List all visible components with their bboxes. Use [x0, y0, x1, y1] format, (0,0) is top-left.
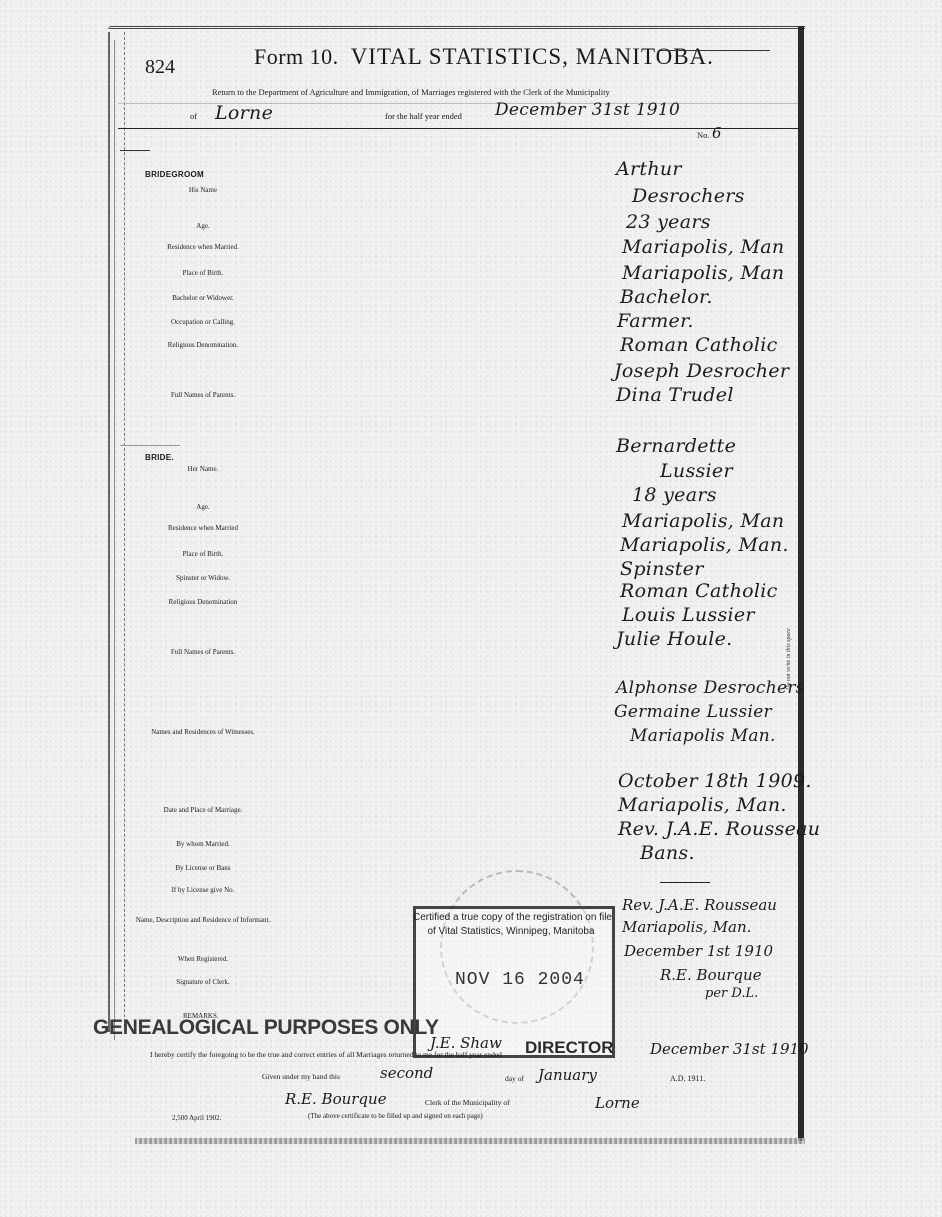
margin-tick	[120, 150, 150, 151]
witness-residence: Mariapolis Man.	[630, 726, 776, 746]
bride-heading: BRIDE.	[145, 453, 174, 462]
clerk-per: per D.L.	[705, 986, 758, 1001]
license-no-label: If by License give No.	[128, 886, 278, 894]
bride-religion-label: Religious Denomination	[128, 598, 278, 606]
bride-status-label: Spinster or Widow.	[128, 574, 278, 582]
certify-date: December 31st 1910	[650, 1040, 809, 1058]
groom-mother: Dina Trudel	[616, 384, 734, 406]
bridegroom-heading: BRIDEGROOM	[145, 170, 204, 179]
municipality-value: Lorne	[215, 102, 273, 124]
return-line: Return to the Department of Agriculture …	[212, 87, 610, 97]
section-divider	[120, 445, 180, 446]
no-label: No.	[697, 130, 710, 140]
bride-mother: Julie Houle.	[616, 628, 733, 650]
clerk-label: Signature of Clerk.	[128, 978, 278, 986]
bride-residence-label: Residence when Married	[128, 524, 278, 532]
border-left-inner	[114, 40, 115, 1040]
groom-residence-label: Residence when Married.	[128, 243, 278, 251]
bride-residence: Mariapolis, Man	[622, 510, 784, 532]
bride-religion: Roman Catholic	[620, 580, 778, 602]
groom-occupation: Farmer.	[617, 310, 694, 332]
by-whom-label: By whom Married.	[128, 840, 278, 848]
groom-first-name: Arthur	[616, 158, 682, 180]
witness-1: Alphonse Desrochers	[616, 678, 805, 698]
print-info: 2,500 April 1902.	[172, 1114, 221, 1122]
bride-parents-label: Full Names of Parents.	[128, 648, 278, 656]
margin-note: Do not write in this space	[786, 628, 792, 690]
serial-number: 824	[145, 56, 175, 79]
witnesses-label: Names and Residences of Witnesses.	[128, 728, 278, 736]
groom-age-label: Age.	[128, 222, 278, 230]
informant-name: Rev. J.A.E. Rousseau	[622, 896, 777, 914]
groom-parents-label: Full Names of Parents.	[128, 391, 278, 399]
header-rule-2	[118, 128, 798, 129]
form-title: Form 10. VITAL STATISTICS, MANITOBA.	[254, 44, 714, 70]
groom-age: 23 years	[626, 211, 711, 233]
clerk-of-label: Clerk of the Municipality of	[425, 1098, 510, 1107]
half-year-label: for the half year ended	[385, 111, 462, 121]
informant-label: Name, Description and Residence of Infor…	[128, 916, 278, 924]
groom-religion-label: Religious Denomination.	[128, 341, 278, 349]
date-place-label: Date and Place of Marriage.	[128, 806, 278, 814]
half-year-date: December 31st 1910	[495, 100, 680, 120]
groom-birthplace: Mariapolis, Man	[622, 262, 784, 284]
ad-year: A.D. 1911.	[670, 1074, 705, 1083]
groom-residence: Mariapolis, Man	[622, 236, 784, 258]
groom-religion: Roman Catholic	[620, 334, 778, 356]
given-under-label: Given under my hand this	[262, 1072, 340, 1081]
border-top	[108, 26, 805, 29]
genealogical-watermark: GENEALOGICAL PURPOSES ONLY	[93, 1016, 439, 1040]
by-whom-value: Rev. J.A.E. Rousseau	[618, 818, 820, 840]
bride-birthplace-label: Place of Birth.	[128, 550, 278, 558]
director-label: DIRECTOR	[525, 1038, 613, 1058]
of-label: of	[190, 111, 197, 121]
bride-father: Louis Lussier	[622, 604, 755, 626]
footer-instructions: (The above certificate to be filled up a…	[308, 1112, 483, 1120]
given-month: January	[538, 1066, 597, 1084]
clerk-of-value: Lorne	[595, 1094, 640, 1112]
marriage-register-page: 824 Form 10. VITAL STATISTICS, MANITOBA.…	[0, 0, 942, 1217]
license-banns-label: By License or Bans	[128, 864, 278, 872]
border-right	[798, 26, 804, 1141]
bride-status: Spinster	[620, 558, 704, 580]
stamp-date: NOV 16 2004	[455, 970, 585, 990]
clerk-signature: R.E. Bourque	[660, 966, 762, 984]
bride-surname: Lussier	[660, 460, 733, 482]
license-no-blank	[660, 882, 710, 883]
marriage-date: October 18th 1909.	[618, 770, 812, 792]
form-heading: VITAL STATISTICS, MANITOBA.	[351, 44, 714, 69]
bride-age-label: Age.	[128, 503, 278, 511]
given-day: second	[380, 1064, 433, 1082]
groom-father: Joseph Desrocher	[614, 360, 789, 382]
groom-birthplace-label: Place of Birth.	[128, 269, 278, 277]
form-number: Form 10.	[254, 44, 339, 69]
bride-name-label: Her Name.	[128, 465, 278, 473]
groom-status-label: Bachelor or Widower.	[128, 294, 278, 302]
registered-label: When Registered.	[128, 955, 278, 963]
witness-2: Germaine Lussier	[614, 702, 772, 722]
registered-date: December 1st 1910	[624, 942, 773, 960]
license-banns-value: Bans.	[640, 842, 695, 864]
groom-occupation-label: Occupation or Calling.	[128, 318, 278, 326]
record-number: 6	[712, 124, 722, 142]
title-rule	[660, 50, 770, 51]
bride-age: 18 years	[632, 484, 717, 506]
stamp-line-2: of Vital Statistics, Winnipeg, Manitoba	[413, 926, 609, 937]
bride-first-name: Bernardette	[616, 435, 736, 457]
certify-text: I hereby certify the foregoing to be the…	[150, 1050, 502, 1059]
day-of-label: day of	[505, 1074, 524, 1083]
border-left	[108, 32, 125, 1032]
bride-birthplace: Mariapolis, Man.	[620, 534, 789, 556]
stamp-line-1: Certified a true copy of the registratio…	[413, 912, 609, 923]
groom-status: Bachelor.	[620, 286, 713, 308]
informant-residence: Mariapolis, Man.	[622, 918, 751, 936]
groom-surname: Desrochers	[632, 185, 745, 207]
marriage-place: Mariapolis, Man.	[618, 794, 787, 816]
bottom-border	[135, 1138, 805, 1144]
groom-name-label: His Name	[128, 186, 278, 194]
footer-clerk-signature: R.E. Bourque	[285, 1090, 387, 1108]
